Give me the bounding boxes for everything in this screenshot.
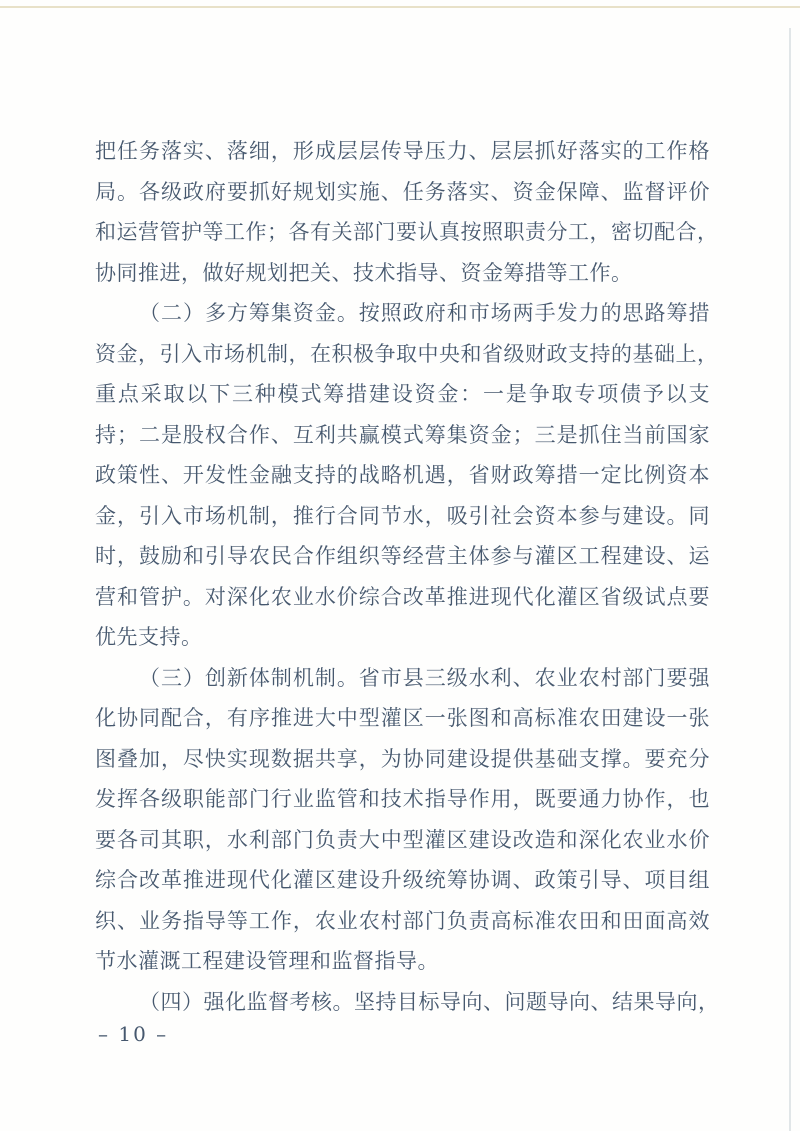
- scan-artifact-right-edge: [789, 28, 791, 1131]
- text-line: 发挥各级职能部门行业监管和技术指导作用，既要通力协作，也: [95, 779, 710, 820]
- paragraph-start-line: （二）多方筹集资金。按照政府和市场两手发力的思路筹措: [95, 293, 710, 334]
- text-line: 和运营管护等工作；各有关部门要认真按照职责分工，密切配合，: [95, 212, 710, 253]
- scan-artifact-top-edge: [0, 6, 800, 8]
- text-line: 重点采取以下三种模式筹措建设资金：一是争取专项债予以支: [95, 374, 710, 415]
- text-line: 把任务落实、落细，形成层层传导压力、层层抓好落实的工作格: [95, 131, 710, 172]
- page-number: – 10 –: [98, 1022, 168, 1046]
- paragraph-start-line: （四）强化监督考核。坚持目标导向、问题导向、结果导向，: [95, 982, 710, 1023]
- text-line: 局。各级政府要抓好规划实施、任务落实、资金保障、监督评价: [95, 172, 710, 213]
- text-line: 织、业务指导等工作，农业农村部门负责高标准农田和田面高效: [95, 901, 710, 942]
- scanned-document-page: 把任务落实、落细，形成层层传导压力、层层抓好落实的工作格 局。各级政府要抓好规划…: [0, 0, 800, 1131]
- paragraph-start-line: （三）创新体制机制。省市县三级水利、农业农村部门要强: [95, 658, 710, 699]
- text-line: 优先支持。: [95, 617, 710, 658]
- text-line: 综合改革推进现代化灌区建设升级统筹协调、政策引导、项目组: [95, 860, 710, 901]
- text-line: 时，鼓励和引导农民合作组织等经营主体参与灌区工程建设、运: [95, 536, 710, 577]
- text-line: 协同推进，做好规划把关、技术指导、资金筹措等工作。: [95, 253, 710, 294]
- text-line: 政策性、开发性金融支持的战略机遇，省财政筹措一定比例资本: [95, 455, 710, 496]
- text-line: 节水灌溉工程建设管理和监督指导。: [95, 941, 710, 982]
- text-line: 资金，引入市场机制，在积极争取中央和省级财政支持的基础上，: [95, 334, 710, 375]
- text-line: 营和管护。对深化农业水价综合改革推进现代化灌区省级试点要: [95, 577, 710, 618]
- text-line: 图叠加，尽快实现数据共享，为协同建设提供基础支撑。要充分: [95, 739, 710, 780]
- text-line: 化协同配合，有序推进大中型灌区一张图和高标准农田建设一张: [95, 698, 710, 739]
- text-line: 金，引入市场机制，推行合同节水，吸引社会资本参与建设。同: [95, 496, 710, 537]
- text-line: 要各司其职，水利部门负责大中型灌区建设改造和深化农业水价: [95, 820, 710, 861]
- document-body-text: 把任务落实、落细，形成层层传导压力、层层抓好落实的工作格 局。各级政府要抓好规划…: [95, 131, 710, 1022]
- text-line: 持；二是股权合作、互利共赢模式筹集资金；三是抓住当前国家: [95, 415, 710, 456]
